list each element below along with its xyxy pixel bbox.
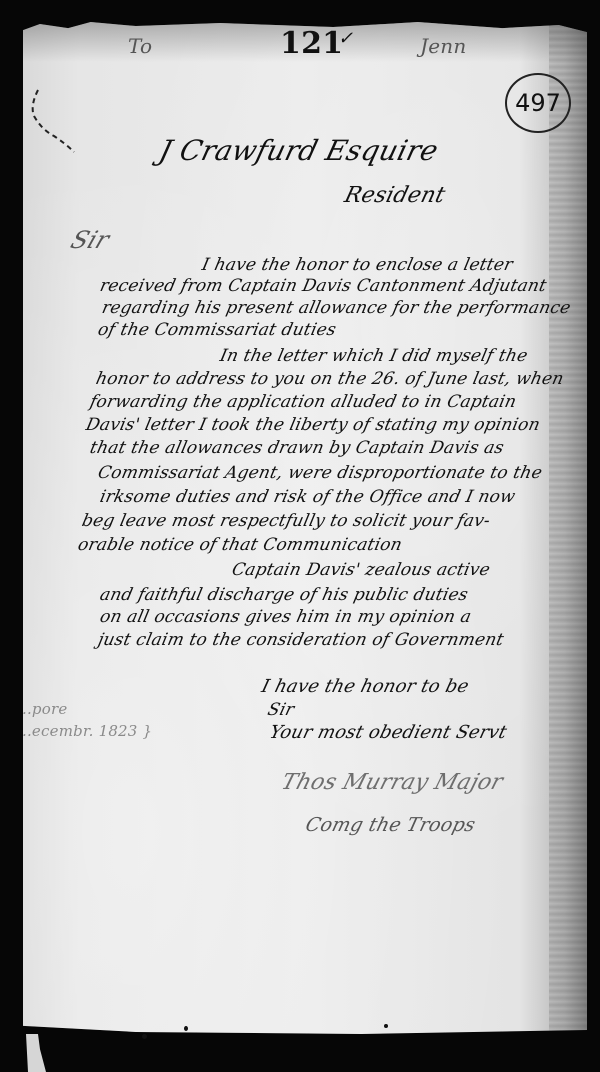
body-line: Davis' letter I took the liberty of stat…: [84, 415, 542, 435]
body-line: beg leave most respectfully to solicit y…: [80, 511, 492, 531]
body-line: I have the honor to enclose a letter: [200, 255, 515, 275]
ink-speck: [142, 1034, 147, 1039]
body-line: of the Commissariat duties: [96, 320, 338, 340]
margin-note-line1: ..pore: [22, 700, 67, 718]
scan-viewport: To 121 ✓ Jenn 497 J Crawfurd Esquire Res…: [0, 0, 600, 1072]
page-number-stamp: 497: [505, 73, 571, 133]
body-line: Captain Davis' zealous active: [230, 560, 492, 580]
top-right-word: Jenn: [420, 34, 466, 58]
margin-note-line2: ..ecembr. 1823 }: [22, 722, 152, 740]
ink-speck: [384, 1024, 388, 1028]
body-line: forwarding the application alluded to in…: [88, 392, 518, 412]
body-line: regarding his present allowance for the …: [100, 298, 573, 318]
page-number: 497: [515, 89, 561, 117]
body-line: In the letter which I did myself the: [218, 346, 530, 366]
addressee-name: J Crawfurd Esquire: [156, 134, 442, 167]
body-line: honor to address to you on the 26. of Ju…: [94, 369, 566, 389]
folio-check-mark: ✓: [338, 28, 353, 49]
margin-bracket-mark: [24, 86, 84, 158]
body-line: received from Captain Davis Cantonment A…: [98, 276, 548, 296]
folio-number: 121: [280, 26, 343, 61]
signature-name: Thos Murray Major: [278, 770, 505, 795]
body-line: Commissariat Agent, were disproportionat…: [96, 463, 544, 483]
body-line: on all occasions gives him in my opinion…: [98, 607, 473, 627]
body-line: that the allowances drawn by Captain Dav…: [88, 438, 506, 458]
body-line: just claim to the consideration of Gover…: [96, 630, 506, 650]
closing-sir: Sir: [266, 700, 297, 720]
closing-servant: Your most obedient Servt: [267, 722, 509, 743]
to-label: To: [128, 34, 152, 58]
ink-speck: [184, 1026, 188, 1031]
paper-edge-shadow: [549, 22, 587, 1034]
addressee-title: Resident: [342, 183, 448, 208]
paper-stub: [26, 1034, 46, 1072]
body-line: irksome duties and risk of the Office an…: [98, 487, 517, 507]
body-line: and faithful discharge of his public dut…: [98, 585, 470, 605]
closing-line: I have the honor to be: [259, 676, 471, 697]
body-line: orable notice of that Communication: [76, 535, 404, 555]
signature-role: Comg the Troops: [303, 814, 477, 836]
